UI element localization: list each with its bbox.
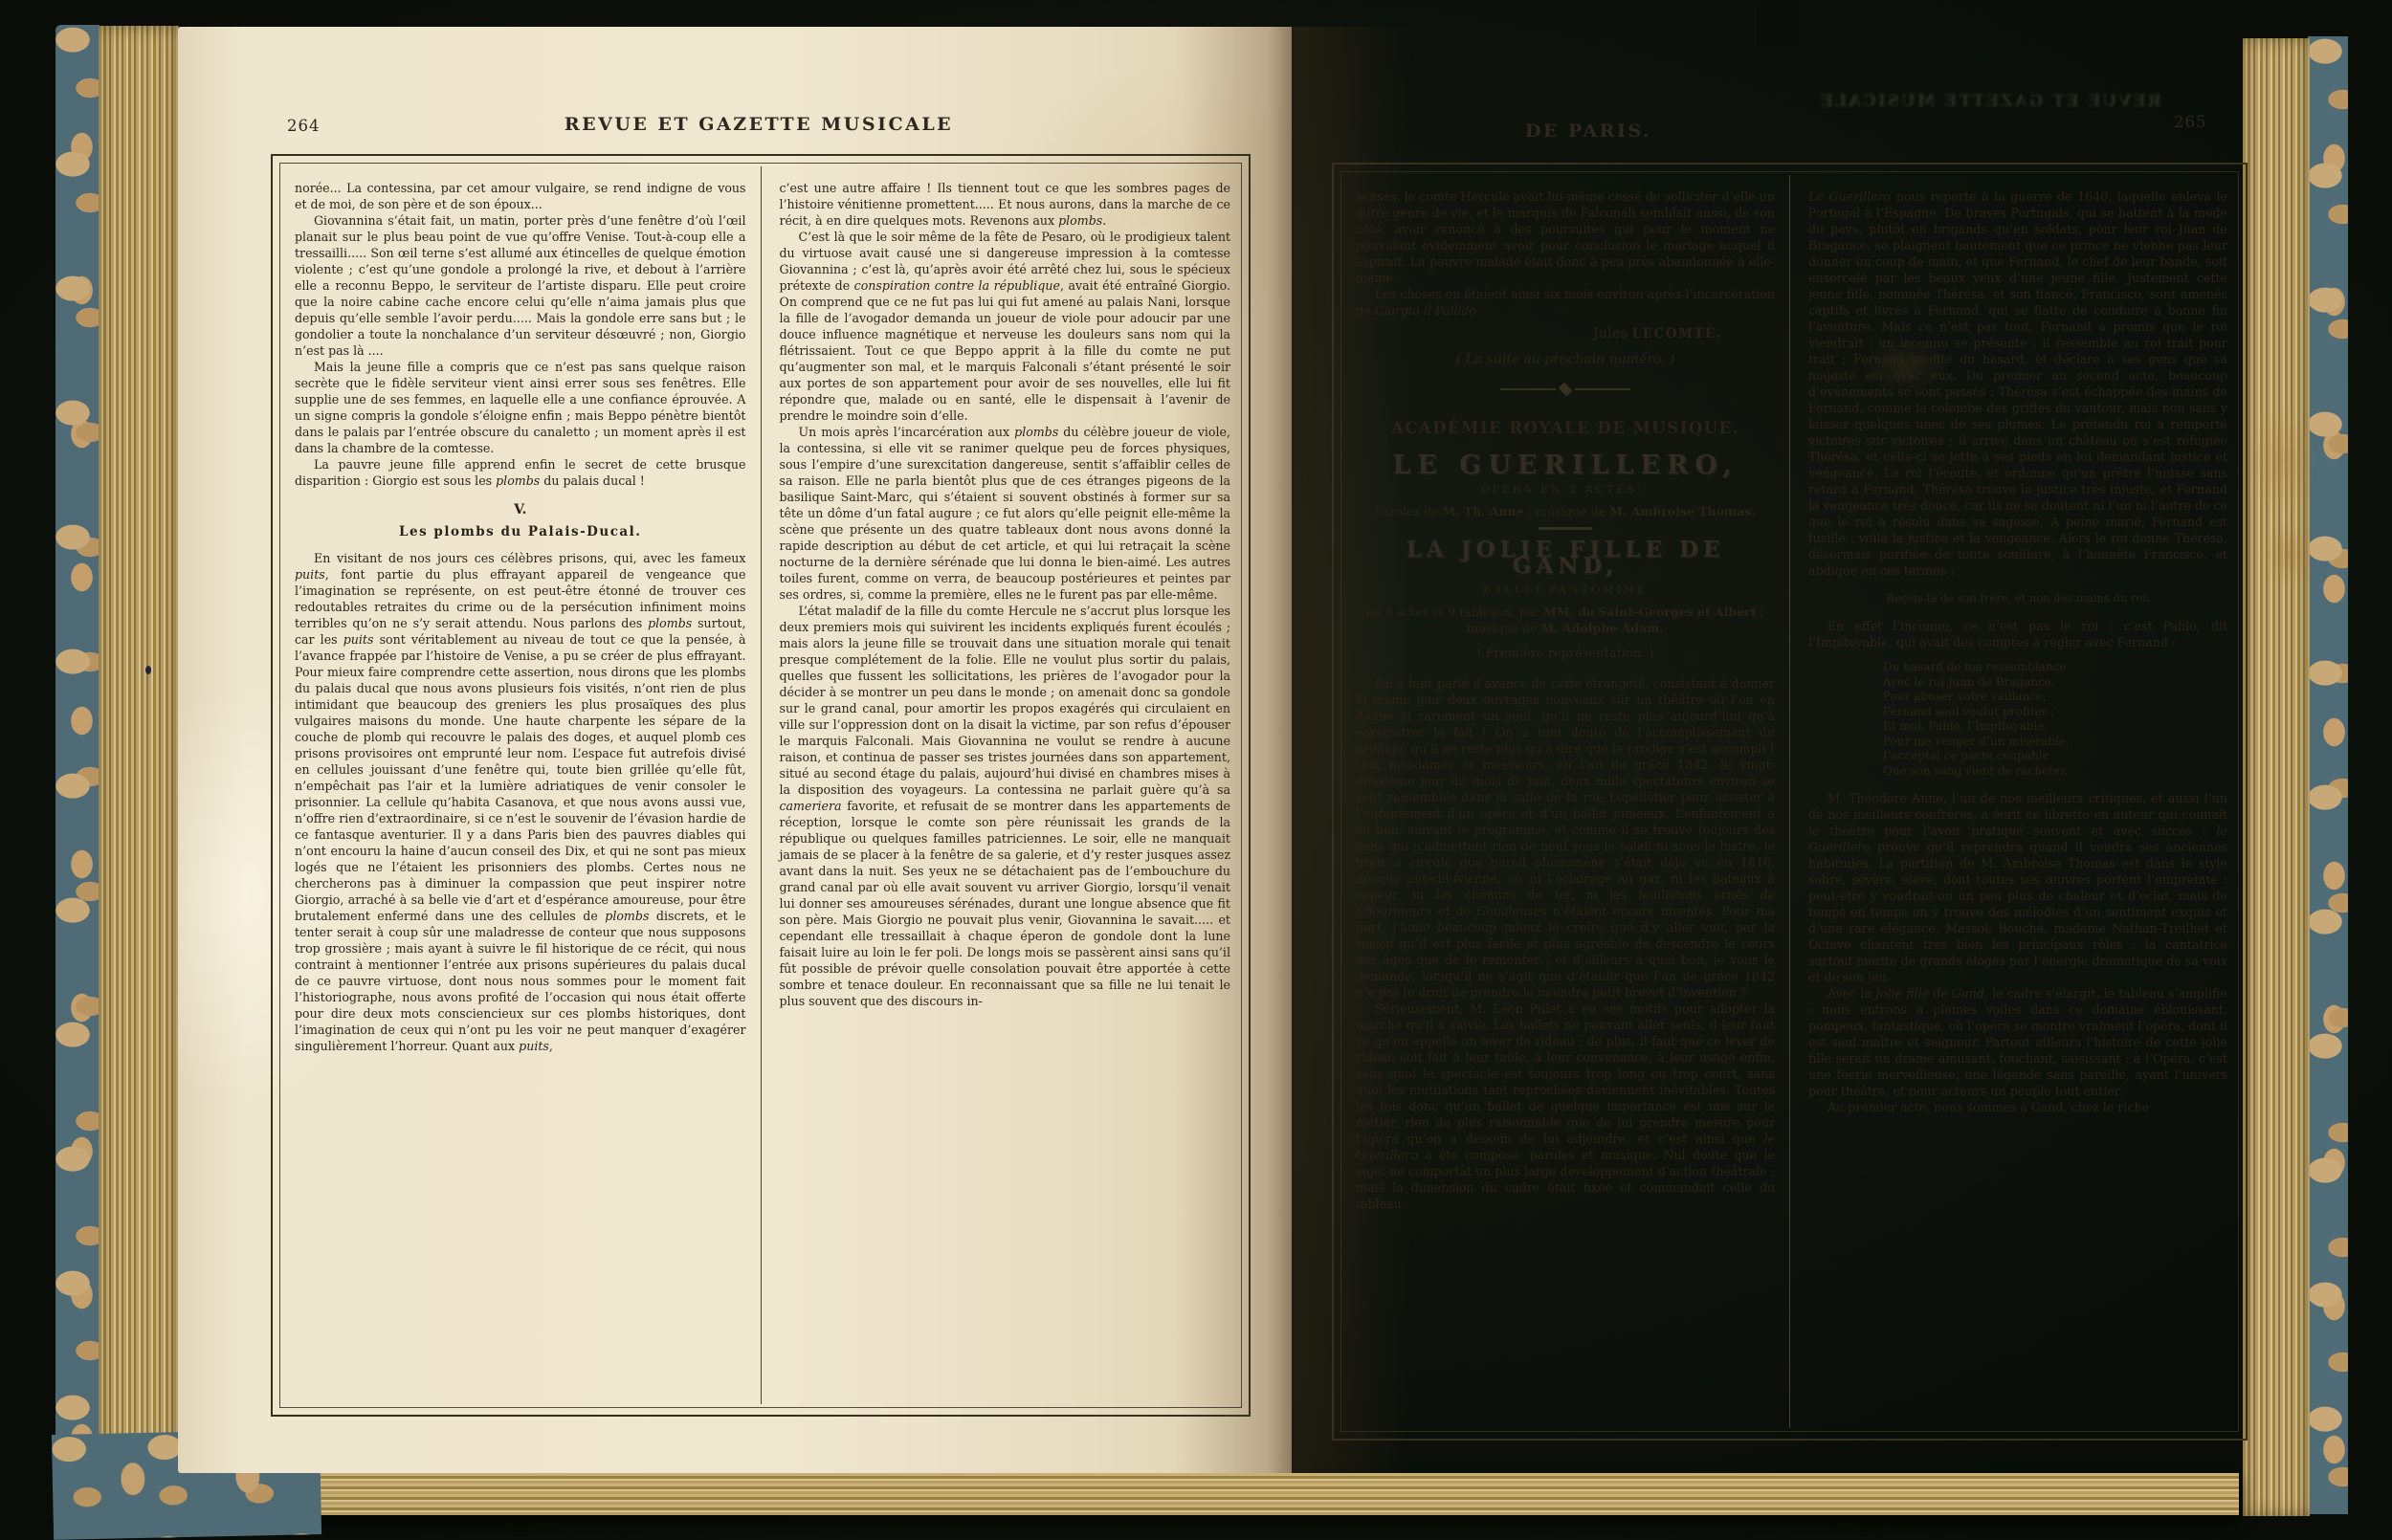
verse-line: Du hasard de ma ressemblance <box>1883 660 2227 675</box>
verse-block: Du hasard de ma ressemblanceAvec le roi … <box>1883 660 2227 779</box>
paragraph: norée... La contessina, par cet amour vu… <box>295 180 746 212</box>
verse-line: Que son sang vient de racheter. <box>1883 764 2227 780</box>
work-title: LA JOLIE FILLE DE GAND, <box>1356 541 1775 574</box>
page-number-right: 265 <box>2174 113 2207 131</box>
paragraph: Le Guerillero nous reporte à la guerre d… <box>1808 188 2227 579</box>
work-title: LE GUERILLERO, <box>1356 457 1775 473</box>
diamond-ornament <box>1559 383 1573 397</box>
running-title-left: REVUE ET GAZETTE MUSICALE <box>271 114 1247 135</box>
paragraph: En effet l’inconnu, ce n’est pas le roi … <box>1808 618 2227 650</box>
work-subtitle: BALLET-PANTOMIME <box>1356 582 1775 598</box>
page-edges-right <box>2243 38 2310 1516</box>
left-page-column-1: norée... La contessina, par cet amour vu… <box>283 165 754 1406</box>
paragraph: Giovannina s’était fait, un matin, porte… <box>295 212 746 359</box>
paragraph: M. Théodore Anne, l’un de nos meilleurs … <box>1808 790 2227 985</box>
paragraph: La pauvre jeune fille apprend enfin le s… <box>295 456 746 489</box>
ornament-rule <box>1500 388 1556 390</box>
quoted-verse-line: Reçois-la de son frère, et non des mains… <box>1808 590 2227 606</box>
paragraph: Mais la jeune fille a compris que ce n’e… <box>295 359 746 456</box>
verse-line: Pour me venger d’un misérable, <box>1883 735 2227 750</box>
text-frame-left: norée... La contessina, par cet amour vu… <box>271 154 1251 1417</box>
credits-line: Paroles de M. Th. Anne ; musique de M. A… <box>1356 503 1775 519</box>
column-divider <box>1789 175 1790 1428</box>
marbled-cover-edge-right <box>2308 36 2348 1514</box>
show-through-ghost-title: REVUE ET GAZETTE MUSICALE <box>1765 92 2215 111</box>
right-page-column-1: sensés, le comte Hercule avait lui-même … <box>1344 173 1783 1430</box>
verse-line: Et moi, Pablo, l’Impitoyable, <box>1883 719 2227 735</box>
venue-heading: ACADÉMIE ROYALE DE MUSIQUE. <box>1356 420 1775 436</box>
continuation-note: ( La suite au prochain numéro. ) <box>1356 352 1775 368</box>
scanned-book-spread: 264 REVUE ET GAZETTE MUSICALE REVUE ET G… <box>0 0 2392 1537</box>
ornament-divider <box>1356 384 1775 395</box>
right-page-column-2: Le Guerillero nous reporte à la guerre d… <box>1797 173 2235 1430</box>
section-title: Les plombs du Palais-Ducal. <box>295 524 746 540</box>
author-byline: Jules LECOMTE. <box>1356 326 1775 342</box>
verse-line: Pour abuser votre vaillance, <box>1883 690 2227 705</box>
page-edges-bottom <box>182 1473 2239 1515</box>
paragraph: Les choses en étaient ainsi six mois env… <box>1356 286 1775 319</box>
performance-note: ( Première représentation. ) <box>1356 646 1775 662</box>
page-edges-left <box>99 26 179 1535</box>
ink-spot <box>145 666 151 674</box>
work-subtitle: OPÉRA EN 2 ACTES ; <box>1356 481 1775 497</box>
binding-notch <box>1757 0 1799 46</box>
verse-line: Avec le roi Juan de Bragance, <box>1883 675 2227 691</box>
paragraph: Au premier acte, nous sommes à Gand, che… <box>1808 1099 2227 1115</box>
marbled-cover-edge-left <box>55 25 100 1537</box>
text-frame-right: sensés, le comte Hercule avait lui-même … <box>1332 163 2248 1441</box>
paragraph: C’est là que le soir même de la fête de … <box>780 229 1231 424</box>
small-rule <box>1539 527 1592 530</box>
column-divider <box>761 166 762 1404</box>
section-number: V. <box>295 502 746 518</box>
paragraph: c’est une autre affaire ! Ils tiennent t… <box>780 180 1231 229</box>
paragraph: L’état maladif de la fille du comte Herc… <box>780 603 1231 1009</box>
running-title-right: DE PARIS. <box>1340 121 1837 142</box>
verse-line: J’acceptai ce pacte coupable <box>1883 749 2227 764</box>
paragraph: Sérieusement, M. Léon Pillet a eu ses mo… <box>1356 1001 1775 1212</box>
verse-line: Fernand seul voulut profiter ; <box>1883 705 2227 720</box>
paragraph: On a tant parlé d’avance de cette étrang… <box>1356 675 1775 1001</box>
ornament-rule <box>1575 388 1630 390</box>
left-page-column-2: c’est une autre affaire ! Ils tiennent t… <box>768 165 1239 1406</box>
paragraph: En visitant de nos jours ces célèbres pr… <box>295 550 746 1054</box>
paragraph: Avec la Jolie fille de Gand, le cadre s’… <box>1808 985 2227 1099</box>
paragraph: sensés, le comte Hercule avait lui-même … <box>1356 188 1775 286</box>
paragraph: Un mois après l’incarcération aux plombs… <box>780 424 1231 603</box>
credits-line: en 3 actes et 9 tableaux, par MM. de Sai… <box>1356 604 1775 636</box>
